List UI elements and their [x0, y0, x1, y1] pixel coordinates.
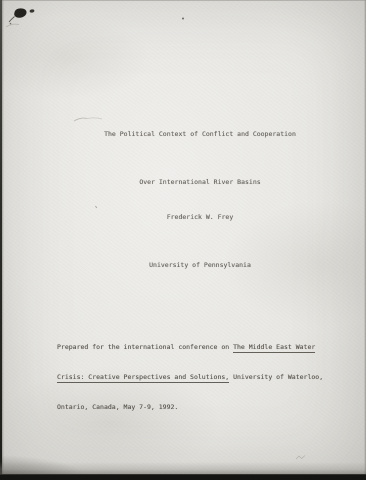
speck-top-center	[182, 18, 184, 20]
scan-edge-top	[0, 0, 366, 1]
author-affiliation: University of Pennsylvania	[34, 257, 366, 273]
scan-edge-left-shadow	[2, 0, 4, 480]
ink-blob	[14, 8, 26, 17]
footnote-line-2-text: University of Waterloo,	[229, 373, 323, 381]
scan-edge-bottom	[0, 474, 366, 480]
footnote-line-2: Crisis: Creative Perspectives and Soluti…	[57, 372, 323, 382]
ink-dot	[29, 9, 34, 13]
footnote-line-1: Prepared for the international conferenc…	[57, 342, 323, 352]
pencil-stroke-top-left	[6, 24, 19, 27]
author-name: Frederick W. Frey	[34, 209, 366, 225]
footnote-line-3: Ontario, Canada, May 7-9, 1992.	[57, 402, 323, 412]
ink-blob-tail	[9, 17, 15, 23]
scanned-document-page: The Political Context of Conflict and Co…	[0, 0, 366, 480]
pencil-squiggle-bottom	[296, 456, 305, 460]
title-line-1: The Political Context of Conflict and Co…	[34, 126, 366, 142]
conference-footnote: Prepared for the international conferenc…	[57, 322, 323, 432]
footnote-line-1-text: Prepared for the international conferenc…	[57, 343, 233, 351]
footnote-line-1-underlined: The Middle East Water	[233, 343, 315, 353]
author-block: Frederick W. Frey University of Pennsylv…	[34, 177, 366, 305]
footnote-line-2-underlined: Crisis: Creative Perspectives and Soluti…	[57, 373, 229, 383]
ink-speck	[10, 23, 12, 25]
